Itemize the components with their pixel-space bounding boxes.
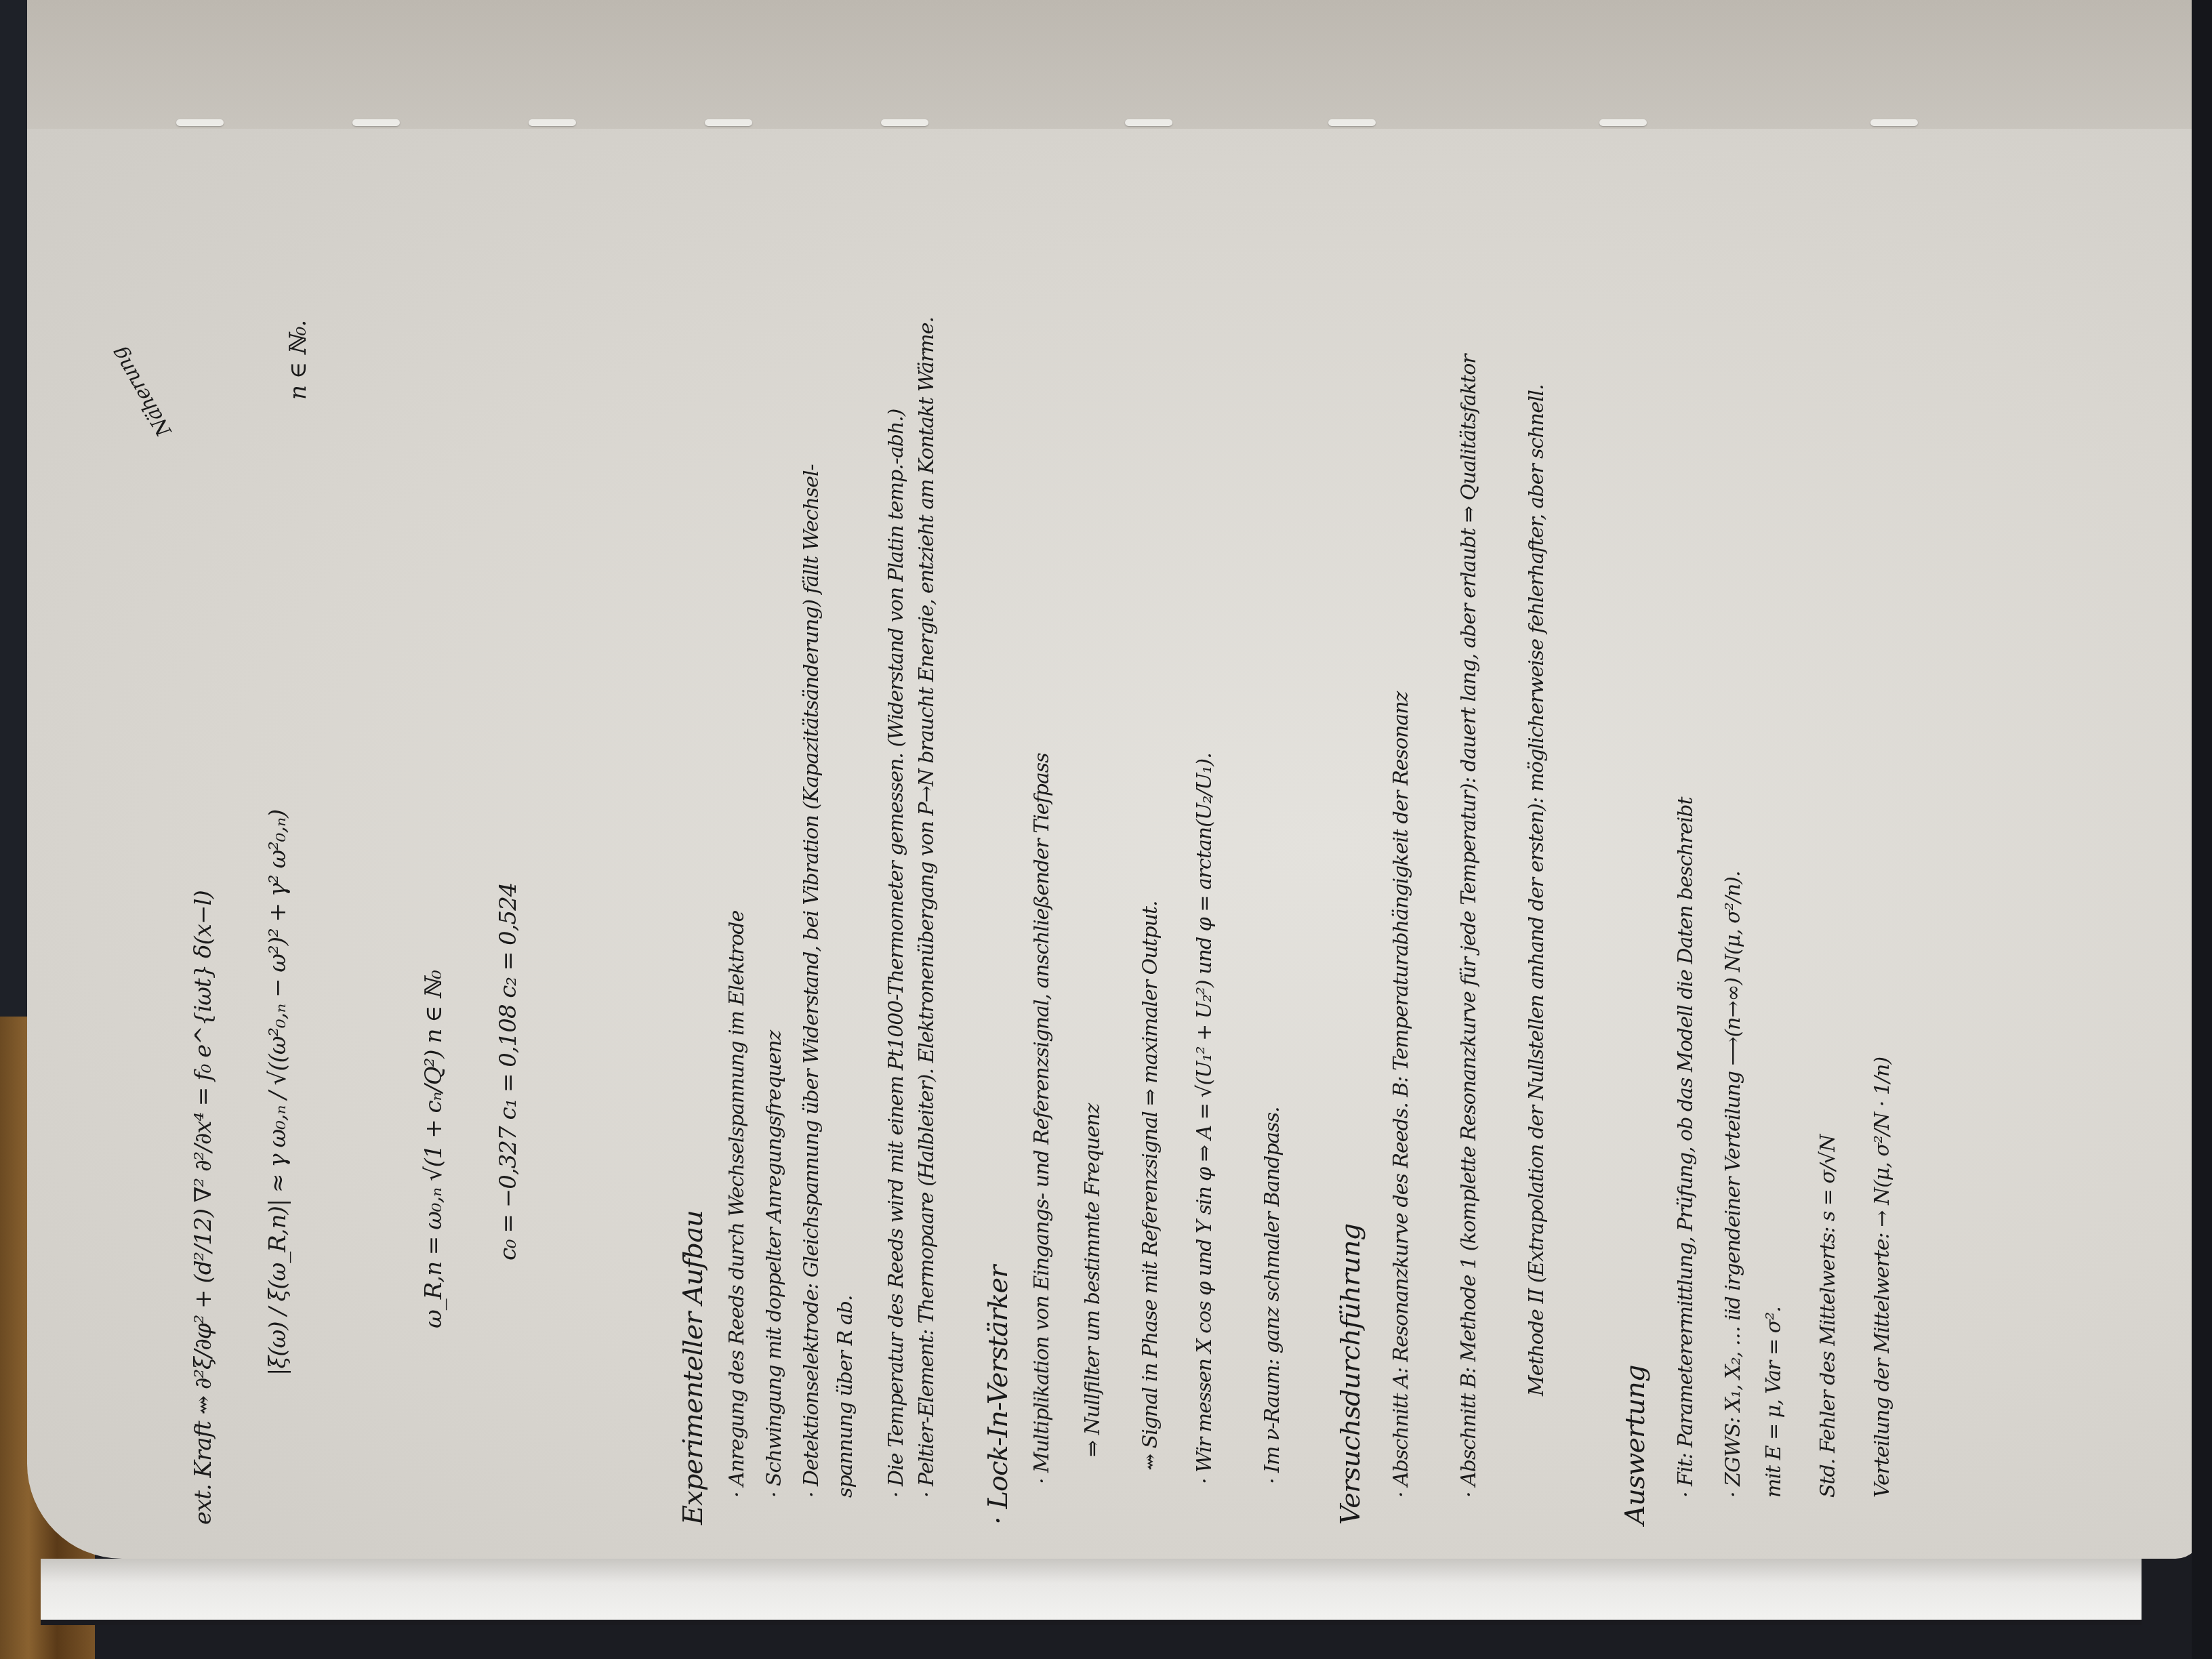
force-equation: ext. Kraft ⇝ ∂²ξ/∂φ² + (d²/12) ∇² ∂²/∂x⁴…	[190, 890, 217, 1525]
coefficients: c₀ = −0,327 c₁ = 0,108 c₂ = 0,524	[495, 883, 522, 1261]
list-item: · Im ν-Raum: ganz schmaler Bandpass.	[1261, 1107, 1284, 1484]
background-shadow	[2192, 0, 2212, 1659]
list-item: Methode II (Extrapolation der Nullstelle…	[1525, 384, 1549, 1396]
list-item: · Fit: Parameterermittlung, Prüfung, ob …	[1674, 797, 1698, 1498]
formula-label: ext. Kraft	[190, 1421, 217, 1525]
stitch	[529, 119, 576, 126]
list-item: spannung über R ab.	[834, 1296, 857, 1498]
list-item: mit E = μ, Var = σ².	[1762, 1307, 1786, 1498]
list-item: · Abschnitt B: Methode 1 (komplette Reso…	[1457, 354, 1481, 1498]
formula-body: ⇝ ∂²ξ/∂φ² + (d²/12) ∇² ∂²/∂x⁴ = f₀ e^{iω…	[190, 890, 217, 1414]
stitch	[1599, 119, 1647, 126]
list-item: · Wir messen X cos φ und Y sin φ ⇒ A = √…	[1193, 753, 1216, 1484]
list-item: · ZGWS: X₁, X₂, … iid irgendeiner Vertei…	[1721, 872, 1745, 1498]
stitch	[176, 119, 224, 126]
list-item: · Multiplikation von Eingangs- und Refer…	[1030, 753, 1054, 1484]
list-item: Verteilung der Mittelwerte: → N(μ, σ²/N …	[1870, 1057, 1894, 1498]
facing-page	[27, 0, 2196, 136]
domain-note: n ∈ ℕ₀.	[285, 321, 312, 400]
handwritten-notes: ext. Kraft ⇝ ∂²ξ/∂φ² + (d²/12) ∇² ∂²/∂x⁴…	[149, 142, 2114, 1552]
list-item: · Detektionselektrode: Gleichspannung üb…	[800, 464, 823, 1498]
amplitude-ratio-formula: |ξ(ω) / ξ(ω_R,n)| ≈ γ ω₀,ₙ / √((ω²₀,ₙ − …	[264, 810, 291, 1376]
list-item: ⇒ Nullfilter um bestimmte Frequenz	[1081, 1104, 1105, 1457]
stitch	[1328, 119, 1376, 126]
stitch	[352, 119, 400, 126]
list-item: ⇝ Signal in Phase mit Referenzsignal ⇒ m…	[1139, 901, 1162, 1471]
section-heading-auswertung: Auswertung	[1620, 1366, 1651, 1525]
list-item: Std. Fehler des Mittelwerts: s = σ/√N	[1816, 1135, 1840, 1498]
resonance-formula: ω_R,n = ω₀,ₙ √(1 + cₙ/Q²) n ∈ ℕ₀	[420, 970, 447, 1328]
list-item: · Peltier-Element: Thermopaare (Halbleit…	[915, 317, 939, 1498]
section-heading-lockin: · Lock-In-Verstärker	[983, 1266, 1014, 1525]
list-item: · Schwingung mit doppelter Anregungsfreq…	[762, 1031, 786, 1498]
section-heading-aufbau: Experimenteller Aufbau	[678, 1210, 709, 1525]
page-stack-edge	[41, 1559, 2142, 1625]
stitch	[705, 119, 752, 126]
list-item: · Die Temperatur des Reeds wird mit eine…	[884, 409, 908, 1498]
list-item: · Anregung des Reeds durch Wechselspannu…	[725, 911, 749, 1498]
list-item: · Abschnitt A: Resonanzkurve des Reeds. …	[1389, 692, 1413, 1498]
stitch	[881, 119, 928, 126]
stitch	[1870, 119, 1918, 126]
section-heading-durchfuehrung: Versuchsdurchführung	[1335, 1224, 1366, 1525]
stitch	[1125, 119, 1172, 126]
